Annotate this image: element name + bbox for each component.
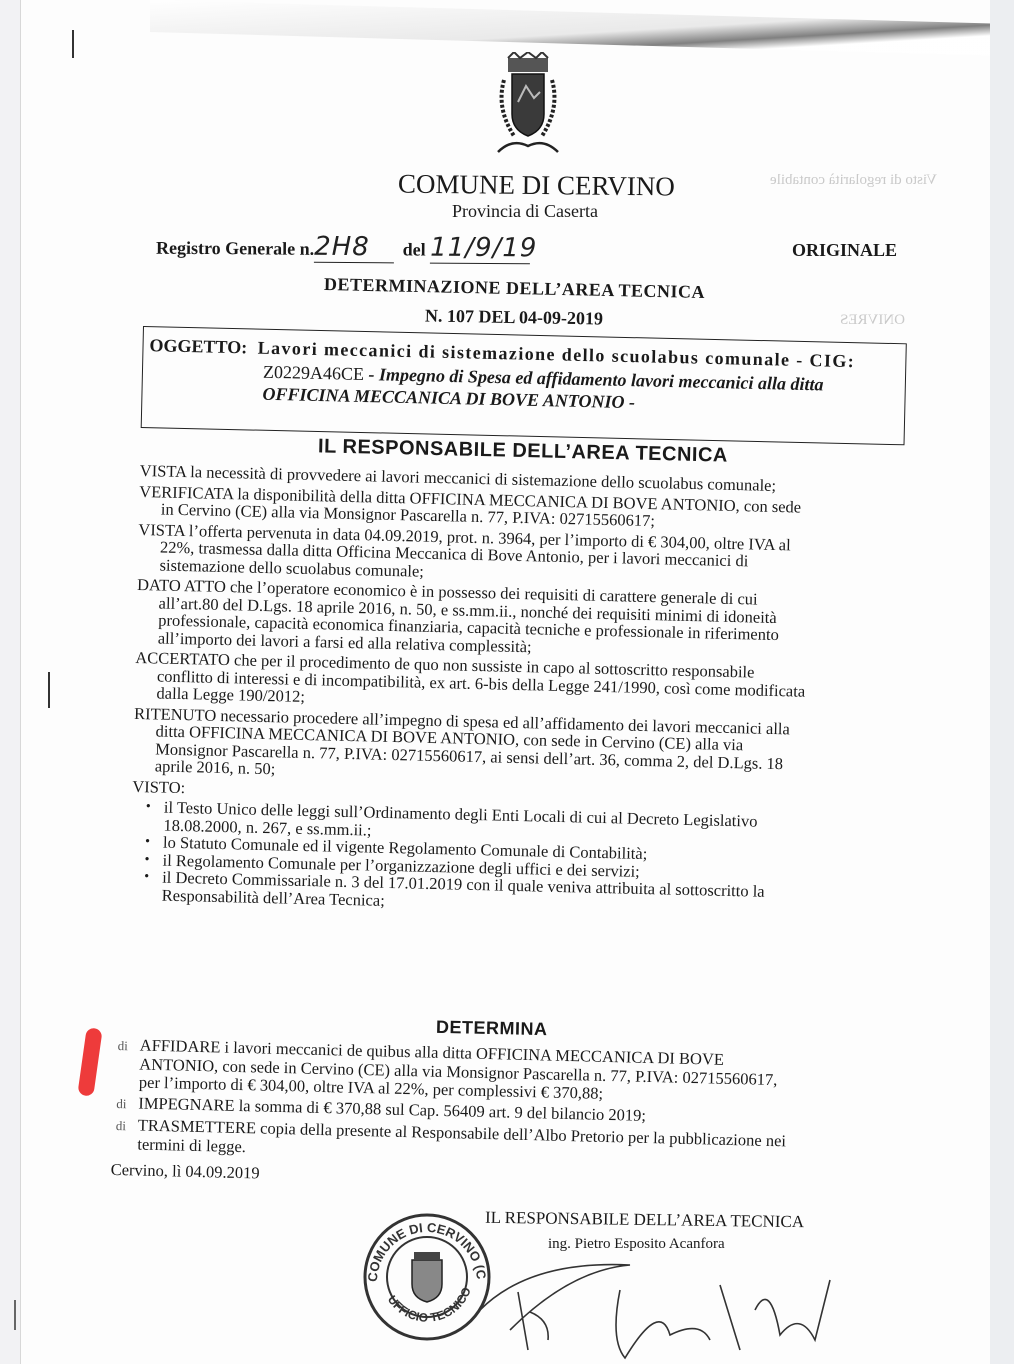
register-number-handwritten: 2H8 (314, 232, 394, 264)
bullet-icon: • (146, 798, 151, 816)
bullet-icon: • (144, 851, 149, 869)
date-handwritten: 11/9/19 (430, 233, 530, 265)
handwritten-signature-icon (470, 1240, 850, 1360)
register-label: Registro Generale n. (156, 238, 314, 259)
bleed-through-text: ONIVRES (840, 312, 905, 329)
subject-cig: Z0229A46CE (263, 362, 364, 384)
municipality-name: COMUNE DI CERVINO (398, 169, 675, 203)
determina-title: DETERMINA (436, 1017, 548, 1040)
subject-box: OGGETTO: Lavori meccanici di sistemazion… (141, 326, 907, 445)
copy-type: ORIGINALE (792, 240, 897, 261)
margin-tick-mark (14, 1300, 16, 1330)
subject-label: OGGETTO: (149, 335, 247, 357)
date-label: del (403, 239, 426, 259)
bleed-through-text: Visto di regolarità contabile (770, 172, 937, 189)
province-name: Provincia di Caserta (452, 201, 598, 222)
margin-tick-mark (72, 30, 74, 58)
bullet-icon: • (144, 868, 149, 886)
determination-number: N. 107 DEL 04-09-2019 (425, 305, 603, 329)
viewer-margin (990, 0, 1014, 1364)
premises-block: VISTA la necessità di provvedere ai lavo… (130, 462, 900, 921)
bullet-icon: • (145, 833, 150, 851)
municipal-crest-icon (490, 52, 566, 158)
visto-list: •il Testo Unico delle leggi sull’Ordinam… (130, 798, 892, 921)
margin-tick-mark (48, 672, 50, 708)
register-line: Registro Generale n.2H8 del 11/9/19 (156, 231, 530, 265)
determina-block: diAFFIDARE i lavori meccanici de quibus … (115, 1036, 878, 1198)
